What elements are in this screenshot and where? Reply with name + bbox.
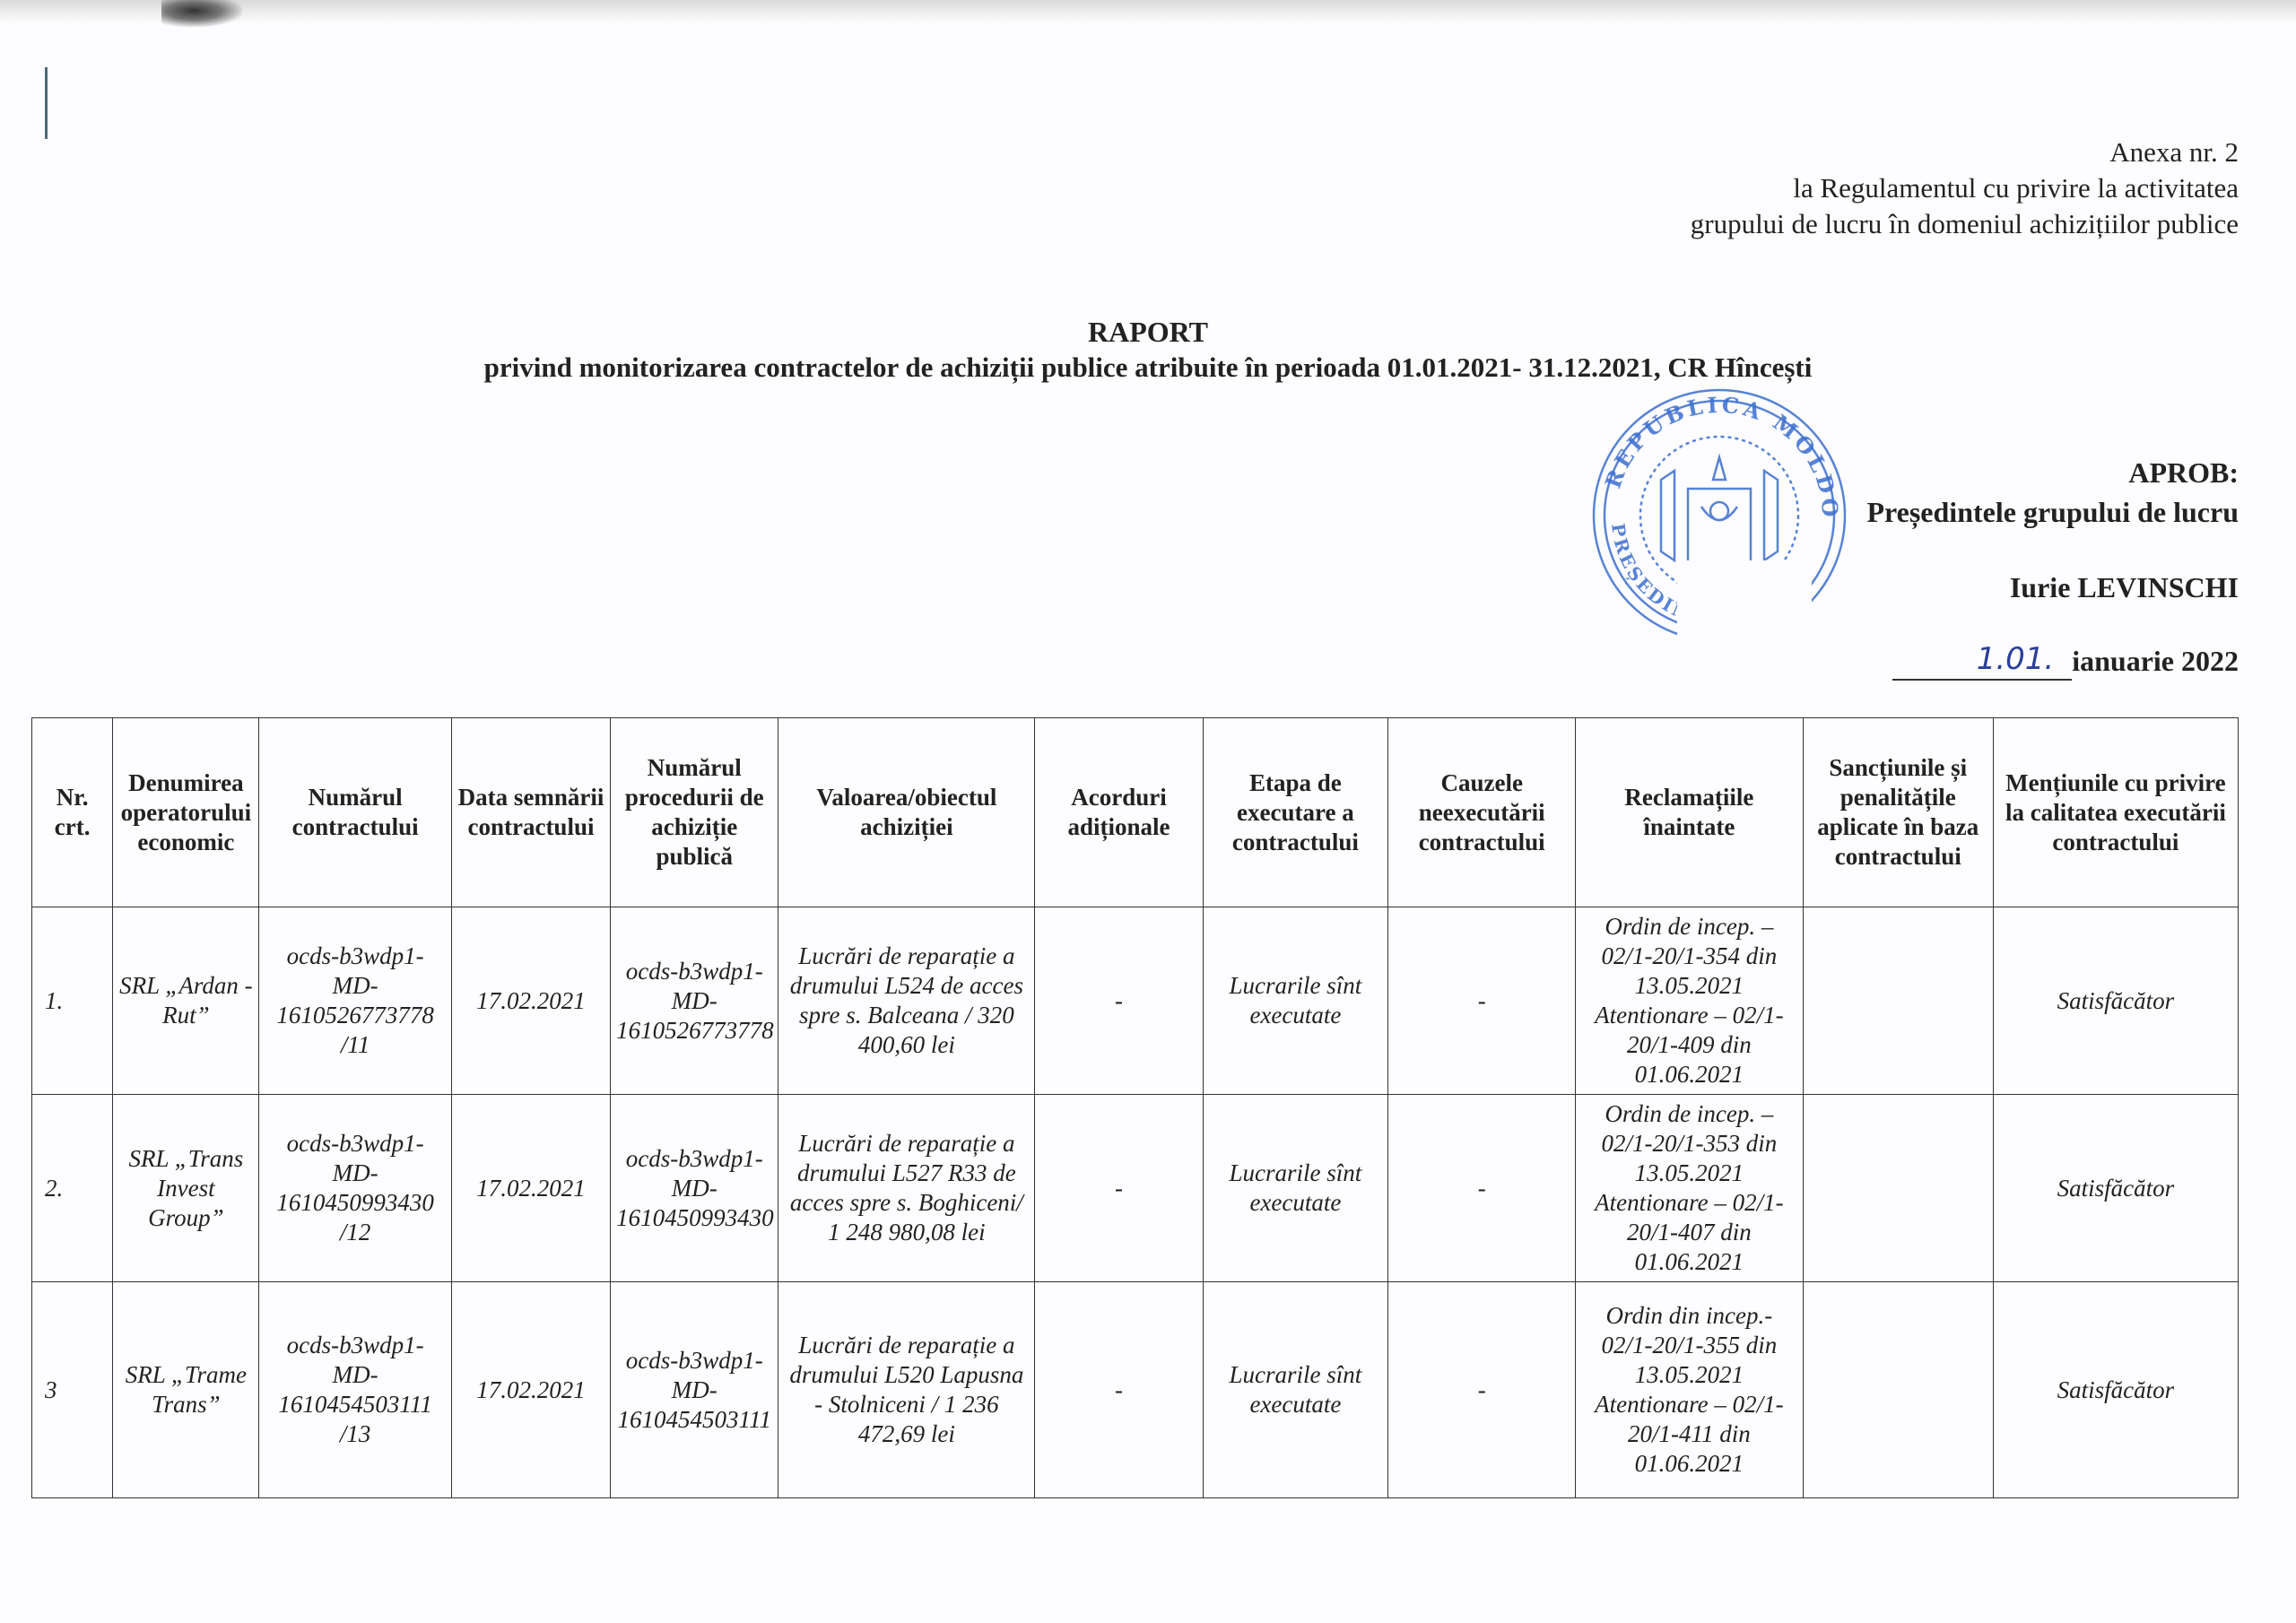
cell-non-execution-causes: - (1388, 1282, 1576, 1498)
approval-block: APROB: Președintele grupului de lucru Iu… (1866, 453, 2239, 681)
header-sanctions: Sancțiunile și penalitățile aplicate în … (1803, 718, 1993, 907)
approval-role: Președintele grupului de lucru (1866, 492, 2239, 532)
header-quality: Mențiunile cu privire la calitatea execu… (1993, 718, 2238, 907)
cell-non-execution-causes: - (1388, 1095, 1576, 1282)
cell-claims: Ordin din incep.- 02/1-20/1-355 din 13.0… (1576, 1282, 1804, 1498)
table-row: 3 SRL „Trame Trans” ocds-b3wdp1-MD-16104… (32, 1282, 2239, 1498)
scan-smudge (161, 0, 242, 27)
approval-date: 1.01. ianuarie 2022 (1866, 641, 2239, 681)
cell-sanctions (1803, 1282, 1993, 1498)
cell-contract-no: ocds-b3wdp1-MD-1610454503111 /13 (259, 1282, 451, 1498)
cell-contract-no: ocds-b3wdp1-MD-1610526773778 /11 (259, 907, 451, 1095)
scan-margin-mark (45, 67, 48, 139)
cell-procedure-no: ocds-b3wdp1-MD-1610526773778 (611, 907, 778, 1095)
cell-execution-stage: Lucrarile sînt executate (1203, 907, 1388, 1095)
cell-nr: 2. (32, 1095, 113, 1282)
report-title: RAPORT (0, 316, 2296, 349)
header-contract-no: Numărul contractului (259, 718, 451, 907)
table-header-row: Nr. crt. Denumirea operatorului economic… (32, 718, 2239, 907)
contracts-report-table: Nr. crt. Denumirea operatorului economic… (31, 717, 2239, 1498)
cell-sign-date: 17.02.2021 (451, 1282, 610, 1498)
cell-procedure-no: ocds-b3wdp1-MD-1610450993430 (611, 1095, 778, 1282)
report-subtitle: privind monitorizarea contractelor de ac… (0, 352, 2296, 384)
cell-non-execution-causes: - (1388, 907, 1576, 1095)
header-execution-stage: Etapa de executare a contractului (1203, 718, 1388, 907)
cell-operator: SRL „Trans Invest Group” (113, 1095, 259, 1282)
header-operator: Denumirea operatorului economic (113, 718, 259, 907)
cell-sign-date: 17.02.2021 (451, 907, 610, 1095)
cell-operator: SRL „Ardan - Rut” (113, 907, 259, 1095)
cell-value-object: Lucrări de reparație a drumului L524 de … (778, 907, 1035, 1095)
cell-value-object: Lucrări de reparație a drumului L527 R33… (778, 1095, 1035, 1282)
table-row: 2. SRL „Trans Invest Group” ocds-b3wdp1-… (32, 1095, 2239, 1282)
cell-sanctions (1803, 907, 1993, 1095)
table-row: 1. SRL „Ardan - Rut” ocds-b3wdp1-MD-1610… (32, 907, 2239, 1095)
cell-sign-date: 17.02.2021 (451, 1095, 610, 1282)
cell-execution-stage: Lucrarile sînt executate (1203, 1095, 1388, 1282)
cell-value-object: Lucrări de reparație a drumului L520 Lap… (778, 1282, 1035, 1498)
cell-nr: 3 (32, 1282, 113, 1498)
header-sign-date: Data semnării contractului (451, 718, 610, 907)
header-non-execution-causes: Cauzele neexecutării contractului (1388, 718, 1576, 907)
handwritten-date: 1.01. (1892, 639, 2072, 681)
header-procedure-no: Numărul procedurii de achiziție publică (611, 718, 778, 907)
annex-domain: grupului de lucru în domeniul achizițiil… (1691, 206, 2239, 242)
cell-quality: Satisfăcător (1993, 1282, 2238, 1498)
cell-quality: Satisfăcător (1993, 1095, 2238, 1282)
header-nr: Nr. crt. (32, 718, 113, 907)
cell-sanctions (1803, 1095, 1993, 1282)
cell-additional-agreements: - (1035, 1282, 1203, 1498)
cell-execution-stage: Lucrarile sînt executate (1203, 1282, 1388, 1498)
header-additional-agreements: Acorduri adiționale (1035, 718, 1203, 907)
approver-name: Iurie LEVINSCHI (1866, 568, 2239, 607)
redaction-patch (1677, 560, 1812, 677)
annex-number: Anexa nr. 2 (1691, 135, 2239, 170)
header-value-object: Valoarea/obiectul achiziției (778, 718, 1035, 907)
approval-date-suffix: ianuarie 2022 (2072, 641, 2239, 681)
cell-quality: Satisfăcător (1993, 907, 2238, 1095)
approval-label: APROB: (1866, 453, 2239, 492)
annex-regulation: la Regulamentul cu privire la activitate… (1691, 170, 2239, 206)
header-claims: Reclamațiile înaintate (1576, 718, 1804, 907)
svg-text:REPUBLICA MOLDOVA: REPUBLICA MOLDOVA (1589, 381, 1843, 521)
cell-additional-agreements: - (1035, 1095, 1203, 1282)
cell-claims: Ordin de incep. – 02/1-20/1-354 din 13.0… (1576, 907, 1804, 1095)
cell-additional-agreements: - (1035, 907, 1203, 1095)
cell-procedure-no: ocds-b3wdp1-MD-1610454503111 (611, 1282, 778, 1498)
scan-top-edge (0, 0, 2296, 23)
cell-operator: SRL „Trame Trans” (113, 1282, 259, 1498)
cell-claims: Ordin de incep. – 02/1-20/1-353 din 13.0… (1576, 1095, 1804, 1282)
cell-contract-no: ocds-b3wdp1-MD-1610450993430 /12 (259, 1095, 451, 1282)
cell-nr: 1. (32, 907, 113, 1095)
annex-reference: Anexa nr. 2 la Regulamentul cu privire l… (1691, 135, 2239, 242)
